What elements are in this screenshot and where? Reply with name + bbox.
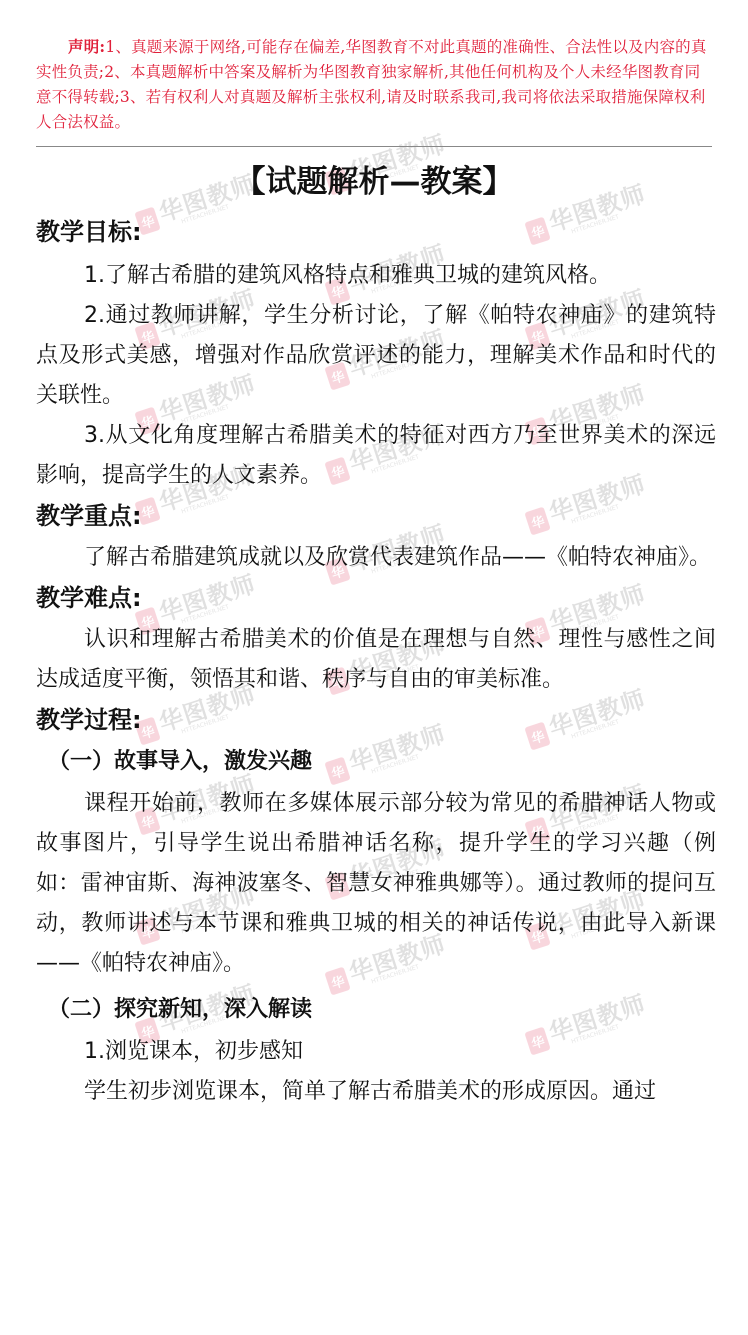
process-step-text: 课程开始前，教师在多媒体展示部分较为常见的希腊神话人物或故事图片，引导学生说出希… bbox=[36, 784, 716, 984]
document-page: 华华图教师HTTEACHER.NET 华华图教师HTTEACHER.NET 华华… bbox=[0, 0, 748, 1335]
objective-item: 3.从文化角度理解古希腊美术的特征对西方乃至世界美术的深远影响，提高学生的人文素… bbox=[36, 416, 716, 496]
objective-item: 2.通过教师讲解，学生分析讨论，了解《帕特农神庙》的建筑特点及形式美感，增强对作… bbox=[36, 296, 716, 416]
header-divider bbox=[36, 146, 712, 147]
disclaimer: 声明:1、真题来源于网络,可能存在偏差,华图教育不对此真题的准确性、合法性以及内… bbox=[36, 34, 712, 135]
difficulties-text: 认识和理解古希腊美术的价值是在理想与自然、理性与感性之间达成适度平衡，领悟其和谐… bbox=[36, 620, 716, 700]
process-step-text: 学生初步浏览课本，简单了解古希腊美术的形成原因。通过 bbox=[36, 1072, 716, 1112]
process-step-subtitle: 1.浏览课本，初步感知 bbox=[36, 1032, 716, 1072]
objectives-heading: 教学目标: bbox=[36, 214, 716, 250]
process-step-title: （二）探究新知，深入解读 bbox=[36, 992, 716, 1028]
key-points-text: 了解古希腊建筑成就以及欣赏代表建筑作品——《帕特农神庙》。 bbox=[36, 538, 716, 578]
objective-item: 1.了解古希腊的建筑风格特点和雅典卫城的建筑风格。 bbox=[36, 256, 716, 296]
disclaimer-text: 1、真题来源于网络,可能存在偏差,华图教育不对此真题的准确性、合法性以及内容的真… bbox=[36, 38, 707, 131]
process-step-title: （一）故事导入，激发兴趣 bbox=[36, 744, 716, 780]
disclaimer-label: 声明: bbox=[68, 37, 105, 56]
lesson-plan: 教学目标: 1.了解古希腊的建筑风格特点和雅典卫城的建筑风格。 2.通过教师讲解… bbox=[36, 196, 716, 1112]
key-points-heading: 教学重点: bbox=[36, 498, 716, 534]
process-heading: 教学过程: bbox=[36, 702, 716, 738]
difficulties-heading: 教学难点: bbox=[36, 580, 716, 616]
